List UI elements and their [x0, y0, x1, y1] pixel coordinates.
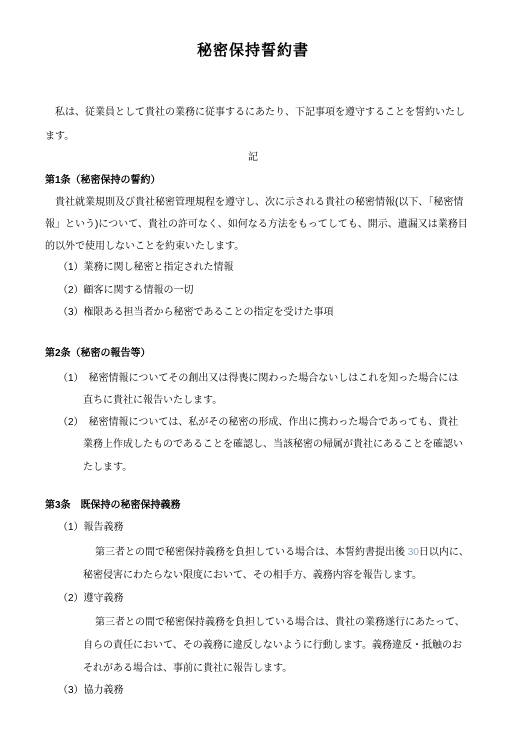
article3-item2-line-1: 第三者との間で秘密保持義務を負担している場合は、貴社の業務遂行にあたって、	[95, 616, 465, 630]
article3-item1-line-2: 秘密侵害にわたらない限度において、その相手方、義務内容を報告します。	[83, 569, 422, 583]
article2-item2-line-1: （2） 秘密情報については、私がその秘密の形成、作出に携わった場合であっても、貴…	[58, 416, 458, 430]
article3-item1-line1-text: 第三者との間で秘密保持義務を負担している場合は、本誓約書提出後	[95, 547, 408, 558]
article1-body-line-3: 的以外で使用しないことを約束いたします。	[45, 240, 244, 254]
document-page: 秘密保持誓約書 私は、従業員として貴社の業務に従事するにあたり、下記事項を遵守す…	[0, 0, 506, 735]
article2-item2-line-3: たします。	[83, 461, 132, 475]
article1-list-item-3: （3）権限ある担当者から秘密であることの指定を受けた事項	[58, 306, 334, 320]
article3-item3-label: （3）協力義務	[58, 684, 124, 698]
article2-heading: 第2条（秘密の報告等）	[45, 347, 151, 361]
article1-body-line-2: 報」という)について、貴社の許可なく、如何なる方法をもってしても、開示、遺漏又は…	[45, 218, 468, 232]
article1-heading: 第1条（秘密保持の誓約）	[45, 174, 161, 188]
intro-line-1: 私は、従業員として貴社の業務に従事するにあたり、下記事項を遵守することを誓約いた…	[55, 106, 465, 120]
record-marker: 記	[0, 151, 506, 165]
article2-item1-line-2: 直ちに貴社に報告いたします。	[83, 394, 222, 408]
article3-item2-line-2: 自らの責任において、その義務に違反しないように行動します。義務違反・抵触のお	[83, 639, 462, 653]
article3-item1-line1-tail: 日以内に、	[419, 547, 469, 558]
article2-item2-line-2: 業務上作成したものであることを確認し、当該秘密の帰属が貴社にあることを確認い	[83, 438, 463, 452]
days-field-value: 30	[408, 547, 419, 558]
article3-item2-label: （2）遵守義務	[58, 592, 124, 606]
document-title: 秘密保持誓約書	[0, 42, 506, 60]
article1-list-item-1: （1）業務に関し秘密と指定された情報	[58, 261, 234, 275]
article3-item2-line-3: それがある場合は、事前に貴社に報告します。	[83, 662, 292, 676]
article1-list-item-2: （2）顧客に関する情報の一切	[58, 284, 194, 298]
article3-item1-label: （1）報告義務	[58, 521, 124, 535]
article1-body-line-1: 貴社就業規則及び貴社秘密管理規程を遵守し、次に示される貴社の秘密情報(以下、「秘…	[55, 196, 463, 210]
article3-item1-line-1: 第三者との間で秘密保持義務を負担している場合は、本誓約書提出後 30日以内に、	[95, 546, 469, 560]
article2-item1-line-1: （1） 秘密情報についてその創出又は得喪に関わった場合ないしはこれを知った場合に…	[58, 372, 458, 386]
article3-heading: 第3条 既保持の秘密保持義務	[45, 499, 181, 513]
intro-line-2: ます。	[45, 130, 74, 144]
